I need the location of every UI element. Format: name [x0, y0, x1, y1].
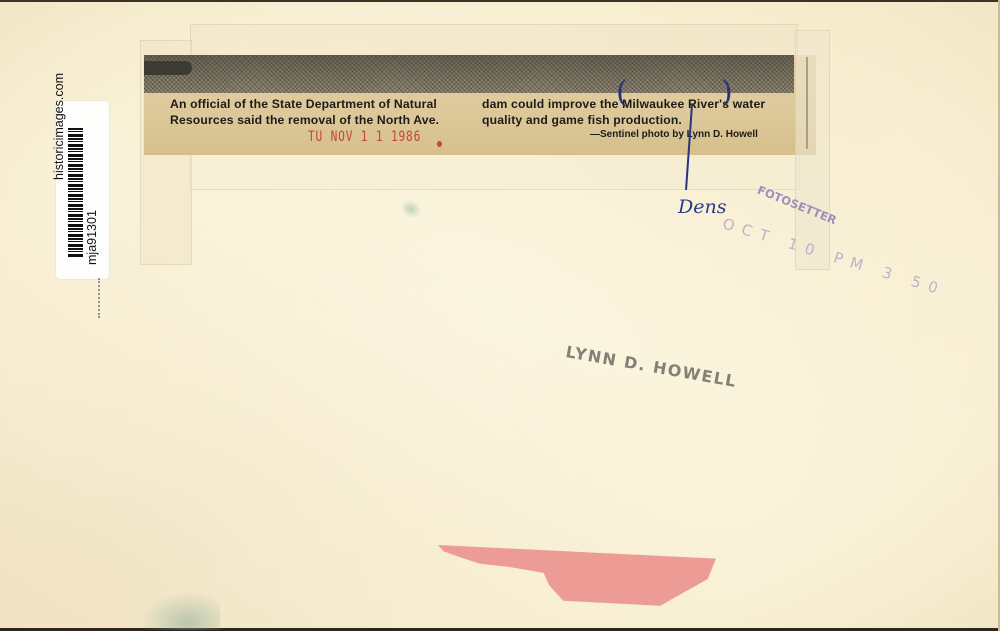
handwritten-note: Dens — [678, 196, 726, 218]
label-id: mja91301 — [85, 210, 99, 265]
caption-right: dam could improve the Milwaukee River's … — [482, 96, 802, 128]
stamp-dot — [437, 141, 442, 147]
date-stamp: TU NOV 1 1 1986 — [308, 129, 421, 145]
boat-silhouette — [144, 61, 192, 75]
photo-credit: —Sentinel photo by Lynn D. Howell — [590, 129, 758, 140]
label-faint-text — [98, 278, 104, 318]
tape-bottom — [190, 150, 800, 190]
pen-bracket-left: ( — [616, 78, 628, 108]
tape-right — [795, 30, 830, 270]
green-smudge — [140, 590, 220, 630]
barcode-icon — [68, 128, 83, 258]
caption-left: An official of the State Department of N… — [170, 96, 470, 128]
label-site: historicimages.com — [52, 73, 66, 180]
newspaper-clipping: An official of the State Department of N… — [144, 55, 816, 155]
pen-bracket-right: ) — [721, 78, 733, 108]
scan-top-edge — [0, 0, 1000, 2]
clipping-photo-strip — [144, 55, 794, 93]
